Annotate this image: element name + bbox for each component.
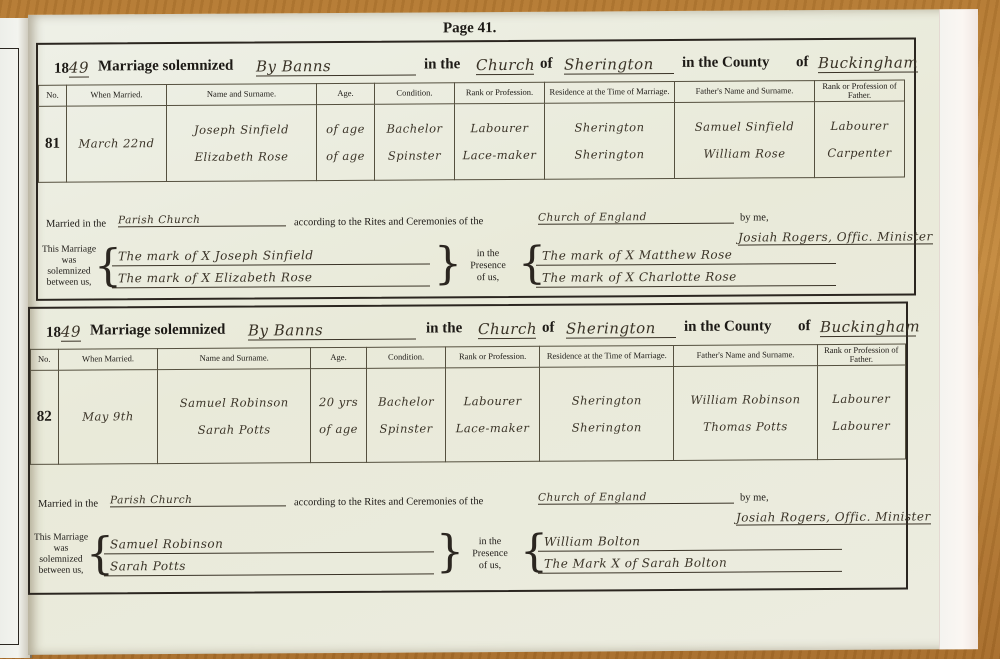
col-father-rank: Rank or Profession of Father. bbox=[815, 80, 905, 102]
table-row: 82 May 9th Samuel RobinsonSarah Potts 20… bbox=[31, 365, 906, 464]
col-when-married: When Married. bbox=[58, 349, 158, 371]
building-value: Church bbox=[476, 56, 534, 75]
when-married-cell: March 22nd bbox=[67, 106, 167, 183]
entry-heading: 1849 Marriage solemnized By Banns in the… bbox=[40, 312, 896, 347]
witness-signature: The mark of X Matthew Rose bbox=[536, 244, 836, 266]
entry-heading: 1849 Marriage solemnized By Banns in the… bbox=[48, 48, 904, 83]
entry-number: 81 bbox=[39, 106, 67, 182]
name-cell: Joseph SinfieldElizabeth Rose bbox=[167, 105, 317, 182]
parish-value: Sherington bbox=[564, 55, 674, 75]
year: 1849 bbox=[54, 59, 89, 78]
entry-table: No. When Married. Name and Surname. Age.… bbox=[38, 80, 905, 183]
col-name: Name and Surname. bbox=[158, 348, 310, 370]
solemnized-between: This Marriagewassolemnizedbetween us, { … bbox=[40, 240, 480, 303]
marriage-entry-81: 1849 Marriage solemnized By Banns in the… bbox=[36, 37, 916, 300]
party-signature: The mark of X Elizabeth Rose bbox=[112, 266, 430, 288]
in-the-county-label: in the County bbox=[682, 54, 770, 72]
married-in-line: Married in the Parish Church according t… bbox=[38, 490, 898, 495]
party-signature: The mark of X Joseph Sinfield bbox=[112, 244, 430, 266]
col-condition: Condition. bbox=[367, 347, 446, 368]
col-condition: Condition. bbox=[375, 83, 455, 104]
solemnized-by-value: By Banns bbox=[248, 321, 416, 341]
page-edge bbox=[939, 9, 978, 649]
col-father-name: Father's Name and Surname. bbox=[674, 345, 817, 367]
minister-signature: Josiah Rogers, Offic. Minister bbox=[736, 509, 931, 525]
married-in-line: Married in the Parish Church according t… bbox=[46, 210, 906, 215]
married-in-value: Parish Church bbox=[110, 493, 286, 507]
county-of-label: of bbox=[796, 54, 809, 71]
col-no: No. bbox=[31, 349, 59, 370]
father-rank-cell: LabourerLabourer bbox=[817, 365, 905, 460]
county-value: Buckingham bbox=[818, 53, 918, 73]
of-label: of bbox=[542, 320, 555, 337]
register-page: Page 41. 1849 Marriage solemnized By Ban… bbox=[28, 9, 978, 655]
solemnized-between: This Marriagewassolemnizedbetween us, { … bbox=[32, 528, 472, 591]
col-name: Name and Surname. bbox=[167, 84, 317, 106]
in-presence-of-label: in thePresenceof us, bbox=[458, 248, 518, 284]
entry-number: 82 bbox=[31, 370, 59, 464]
solemnized-by-value: By Banns bbox=[256, 57, 416, 77]
of-label: of bbox=[540, 56, 553, 73]
col-no: No. bbox=[39, 85, 67, 106]
father-name-cell: Samuel SinfieldWilliam Rose bbox=[675, 102, 815, 179]
in-presence-of-label: in thePresenceof us, bbox=[460, 536, 520, 572]
rank-cell: LabourerLace-maker bbox=[455, 103, 545, 180]
marriage-solemnized-label: Marriage solemnized bbox=[90, 322, 225, 340]
marriage-entry-82: 1849 Marriage solemnized By Banns in the… bbox=[28, 302, 908, 595]
married-in-value: Parish Church bbox=[118, 213, 286, 227]
table-row: 81 March 22nd Joseph SinfieldElizabeth R… bbox=[39, 101, 905, 182]
building-value: Church bbox=[478, 320, 536, 339]
father-rank-cell: LabourerCarpenter bbox=[815, 101, 905, 178]
when-married-cell: May 9th bbox=[58, 370, 158, 465]
entry-table: No. When Married. Name and Surname. Age.… bbox=[30, 344, 906, 465]
col-age: Age. bbox=[317, 83, 375, 104]
col-age: Age. bbox=[310, 347, 366, 368]
residence-cell: SheringtonSherington bbox=[540, 366, 674, 461]
rank-cell: LabourerLace-maker bbox=[446, 367, 540, 462]
condition-cell: BachelorSpinster bbox=[375, 104, 455, 180]
col-father-name: Father's Name and Surname. bbox=[675, 81, 815, 103]
county-value: Buckingham bbox=[820, 317, 916, 337]
party-signature: Sarah Potts bbox=[104, 554, 434, 576]
father-name-cell: William RobinsonThomas Potts bbox=[674, 366, 817, 461]
col-rank: Rank or Profession. bbox=[455, 82, 545, 104]
col-residence: Residence at the Time of Marriage. bbox=[540, 345, 674, 367]
rites-of-value: Church of England bbox=[538, 491, 734, 505]
residence-cell: SheringtonSherington bbox=[545, 102, 675, 179]
marriage-solemnized-label: Marriage solemnized bbox=[98, 58, 233, 76]
in-the-label: in the bbox=[424, 56, 460, 73]
bride-name: Elizabeth Rose bbox=[169, 143, 314, 171]
rites-of-value: Church of England bbox=[538, 211, 734, 225]
witness-signature: William Bolton bbox=[538, 530, 842, 552]
county-of-label: of bbox=[798, 318, 811, 335]
name-cell: Samuel RobinsonSarah Potts bbox=[158, 369, 310, 464]
col-when-married: When Married. bbox=[67, 85, 167, 107]
groom-name: Samuel Robinson bbox=[160, 389, 307, 417]
party-signature: Samuel Robinson bbox=[104, 532, 434, 554]
in-the-county-label: in the County bbox=[684, 318, 772, 336]
age-cell: 20 yrsof age bbox=[310, 368, 366, 462]
year: 1849 bbox=[46, 323, 81, 342]
left-page-register-border bbox=[0, 48, 19, 645]
age-cell: of ageof age bbox=[317, 104, 375, 180]
parish-value: Sherington bbox=[566, 319, 676, 339]
condition-cell: BachelorSpinster bbox=[367, 368, 446, 462]
in-the-label: in the bbox=[426, 320, 462, 337]
col-rank: Rank or Profession. bbox=[446, 346, 540, 368]
witness-signature: The Mark X of Sarah Bolton bbox=[538, 552, 842, 574]
col-father-rank: Rank or Profession of Father. bbox=[817, 344, 905, 366]
groom-name: Joseph Sinfield bbox=[169, 116, 314, 144]
witness-signature: The mark of X Charlotte Rose bbox=[536, 266, 836, 288]
page-number: Page 41. bbox=[443, 20, 496, 37]
bride-name: Sarah Potts bbox=[160, 416, 307, 444]
col-residence: Residence at the Time of Marriage. bbox=[545, 81, 675, 103]
